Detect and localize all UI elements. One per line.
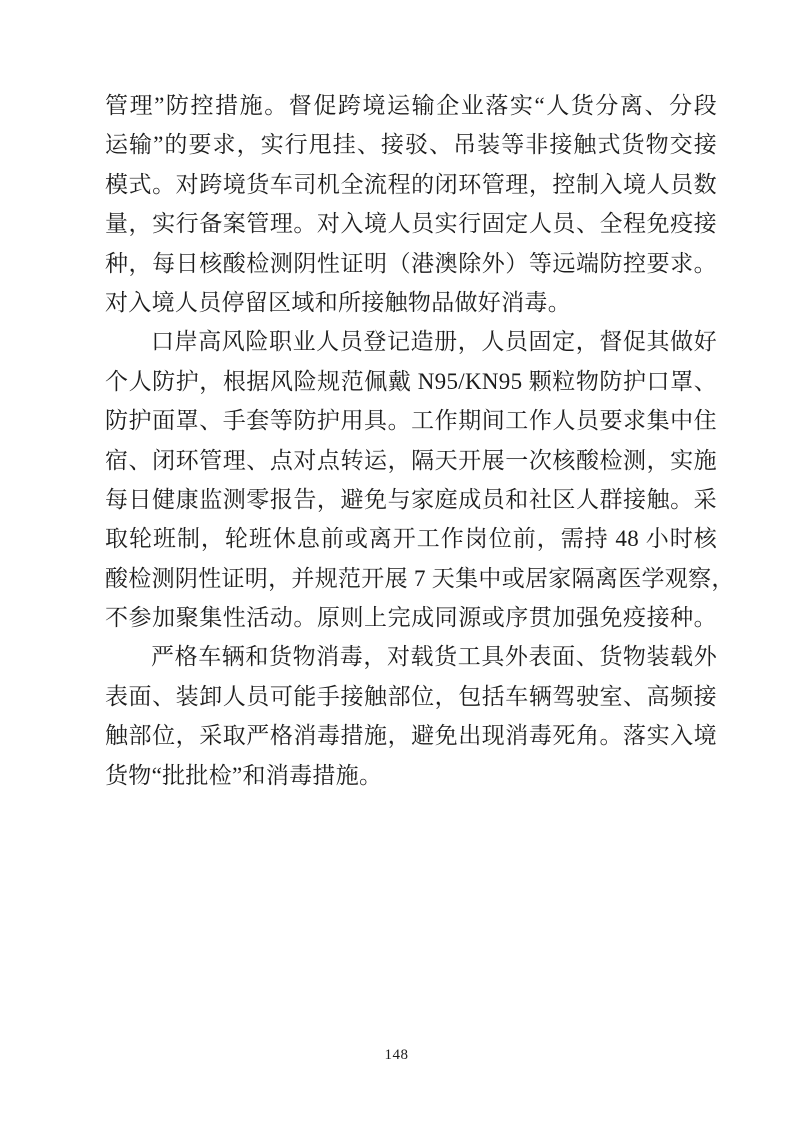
- text-line: 酸检测阴性证明，并规范开展 7 天集中或居家隔离医学观察，: [105, 559, 717, 598]
- text-line: 量，实行备案管理。对入境人员实行固定人员、全程免疫接: [105, 204, 717, 243]
- page-number: 148: [0, 1044, 793, 1066]
- text-line: 口岸高风险职业人员登记造册，人员固定，督促其做好: [105, 322, 717, 361]
- text-line: 个人防护，根据风险规范佩戴 N95/KN95 颗粒物防护口罩、: [105, 362, 717, 401]
- text-line: 模式。对跨境货车司机全流程的闭环管理，控制入境人员数: [105, 165, 717, 204]
- text-line: 每日健康监测零报告，避免与家庭成员和社区人群接触。采: [105, 480, 717, 519]
- text-line: 货物“批批检”和消毒措施。: [105, 756, 717, 795]
- text-line: 防护面罩、手套等防护用具。工作期间工作人员要求集中住: [105, 401, 717, 440]
- text-line: 运输”的要求，实行甩挂、接驳、吊装等非接触式货物交接: [105, 125, 717, 164]
- text-line: 不参加聚集性活动。原则上完成同源或序贯加强免疫接种。: [105, 598, 717, 637]
- text-line: 表面、装卸人员可能手接触部位，包括车辆驾驶室、高频接: [105, 677, 717, 716]
- text-line: 管理”防控措施。督促跨境运输企业落实“人货分离、分段: [105, 86, 717, 125]
- text-line: 严格车辆和货物消毒，对载货工具外表面、货物装载外: [105, 637, 717, 676]
- text-line: 触部位，采取严格消毒措施，避免出现消毒死角。落实入境: [105, 716, 717, 755]
- page-body-text: 管理”防控措施。督促跨境运输企业落实“人货分离、分段 运输”的要求，实行甩挂、接…: [105, 86, 717, 795]
- document-page: 管理”防控措施。督促跨境运输企业落实“人货分离、分段 运输”的要求，实行甩挂、接…: [0, 0, 793, 1122]
- text-line: 种，每日核酸检测阴性证明（港澳除外）等远端防控要求。: [105, 244, 717, 283]
- text-line: 宿、闭环管理、点对点转运，隔天开展一次核酸检测，实施: [105, 441, 717, 480]
- text-line: 对入境人员停留区域和所接触物品做好消毒。: [105, 283, 717, 322]
- text-line: 取轮班制，轮班休息前或离开工作岗位前，需持 48 小时核: [105, 519, 717, 558]
